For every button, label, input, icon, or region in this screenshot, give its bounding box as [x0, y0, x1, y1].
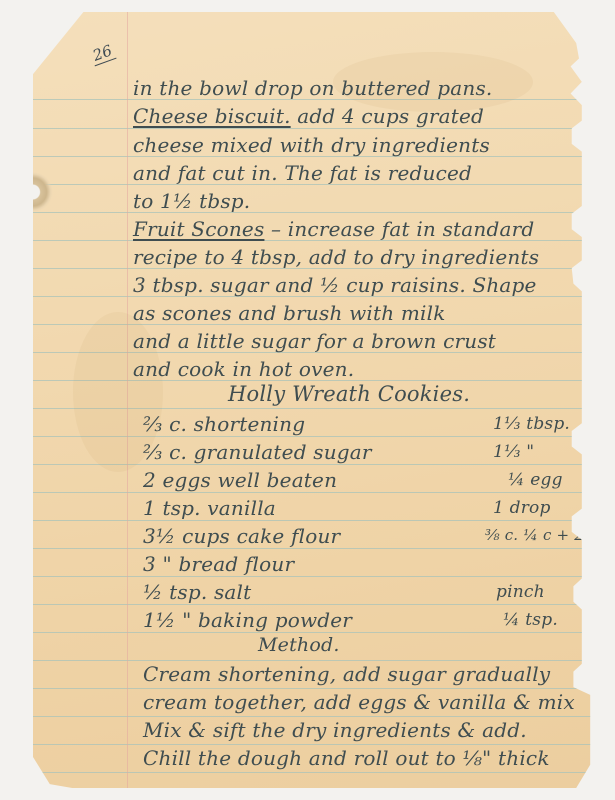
- ruled-line: [33, 660, 593, 661]
- ingredient-scaled: ⅜ c. ¼ c + 2 tbsp.: [485, 526, 615, 544]
- ruled-line: [33, 772, 593, 773]
- ruled-line: [33, 548, 593, 549]
- text-line: cheese mixed with dry ingredients: [133, 133, 490, 157]
- text-line: 3 tbsp. sugar and ½ cup raisins. Shape: [133, 273, 537, 297]
- text-line-rest: – increase fat in standard: [264, 217, 534, 241]
- text-line: as scones and brush with milk: [133, 301, 446, 325]
- ingredient-scaled: 1⅓ tbsp.: [493, 414, 570, 434]
- reinforced-punch-hole: [19, 172, 53, 212]
- ingredient-scaled: ¼ egg: [508, 470, 563, 490]
- section-title-cheese-biscuit: Cheese biscuit.: [133, 104, 291, 128]
- ruled-line: [33, 520, 593, 521]
- ingredient-amount: 3½ cups cake flour: [143, 524, 340, 548]
- ingredient-amount: ⅔ c. shortening: [143, 412, 305, 436]
- method-line: cream together, add eggs & vanilla & mix: [143, 690, 575, 714]
- ruled-line: [33, 128, 593, 129]
- ruled-line: [33, 492, 593, 493]
- ingredient-scaled: 1⅓ ": [493, 442, 534, 462]
- section-title-fruit-scones: Fruit Scones: [133, 217, 264, 241]
- ruled-line: [33, 212, 593, 213]
- ingredient-amount: 2 eggs well beaten: [143, 468, 337, 492]
- ruled-line: [33, 604, 593, 605]
- text-line-rest: add 4 cups grated: [291, 104, 484, 128]
- ruled-line: [33, 688, 593, 689]
- method-line: Chill the dough and roll out to ⅛" thick: [143, 746, 550, 770]
- page-number: 26: [88, 41, 116, 67]
- ingredient-amount: 1½ " baking powder: [143, 608, 352, 632]
- ruled-line: [33, 632, 593, 633]
- notebook-page: 26 in the bowl drop on buttered pans. Ch…: [33, 12, 593, 788]
- method-line: Mix & sift the dry ingredients & add.: [143, 718, 527, 742]
- method-line: Cream shortening, add sugar gradually: [143, 662, 550, 686]
- text-line: and fat cut in. The fat is reduced: [133, 161, 472, 185]
- ingredient-amount: 1 tsp. vanilla: [143, 496, 276, 520]
- text-line: recipe to 4 tbsp, add to dry ingredients: [133, 245, 539, 269]
- ruled-line: [33, 744, 593, 745]
- method-heading: Method.: [258, 634, 340, 656]
- text-line: Fruit Scones – increase fat in standard: [133, 217, 534, 241]
- ingredient-amount: ⅔ c. granulated sugar: [143, 440, 372, 464]
- recipe-title: Holly Wreath Cookies.: [228, 382, 470, 406]
- text-line: and a little sugar for a brown crust: [133, 329, 496, 353]
- text-line: Cheese biscuit. add 4 cups grated: [133, 104, 484, 128]
- text-line: and cook in hot oven.: [133, 357, 354, 381]
- ingredient-amount: 3 " bread flour: [143, 552, 294, 576]
- ingredient-scaled: pinch: [496, 582, 545, 602]
- ingredient-scaled: ¼ tsp.: [503, 610, 558, 630]
- ruled-line: [33, 716, 593, 717]
- text-line: in the bowl drop on buttered pans.: [133, 76, 493, 100]
- ruled-line: [33, 576, 593, 577]
- text-line: to 1½ tbsp.: [133, 189, 250, 213]
- ingredient-amount: ½ tsp. salt: [143, 580, 251, 604]
- ingredient-scaled: 1 drop: [493, 498, 551, 518]
